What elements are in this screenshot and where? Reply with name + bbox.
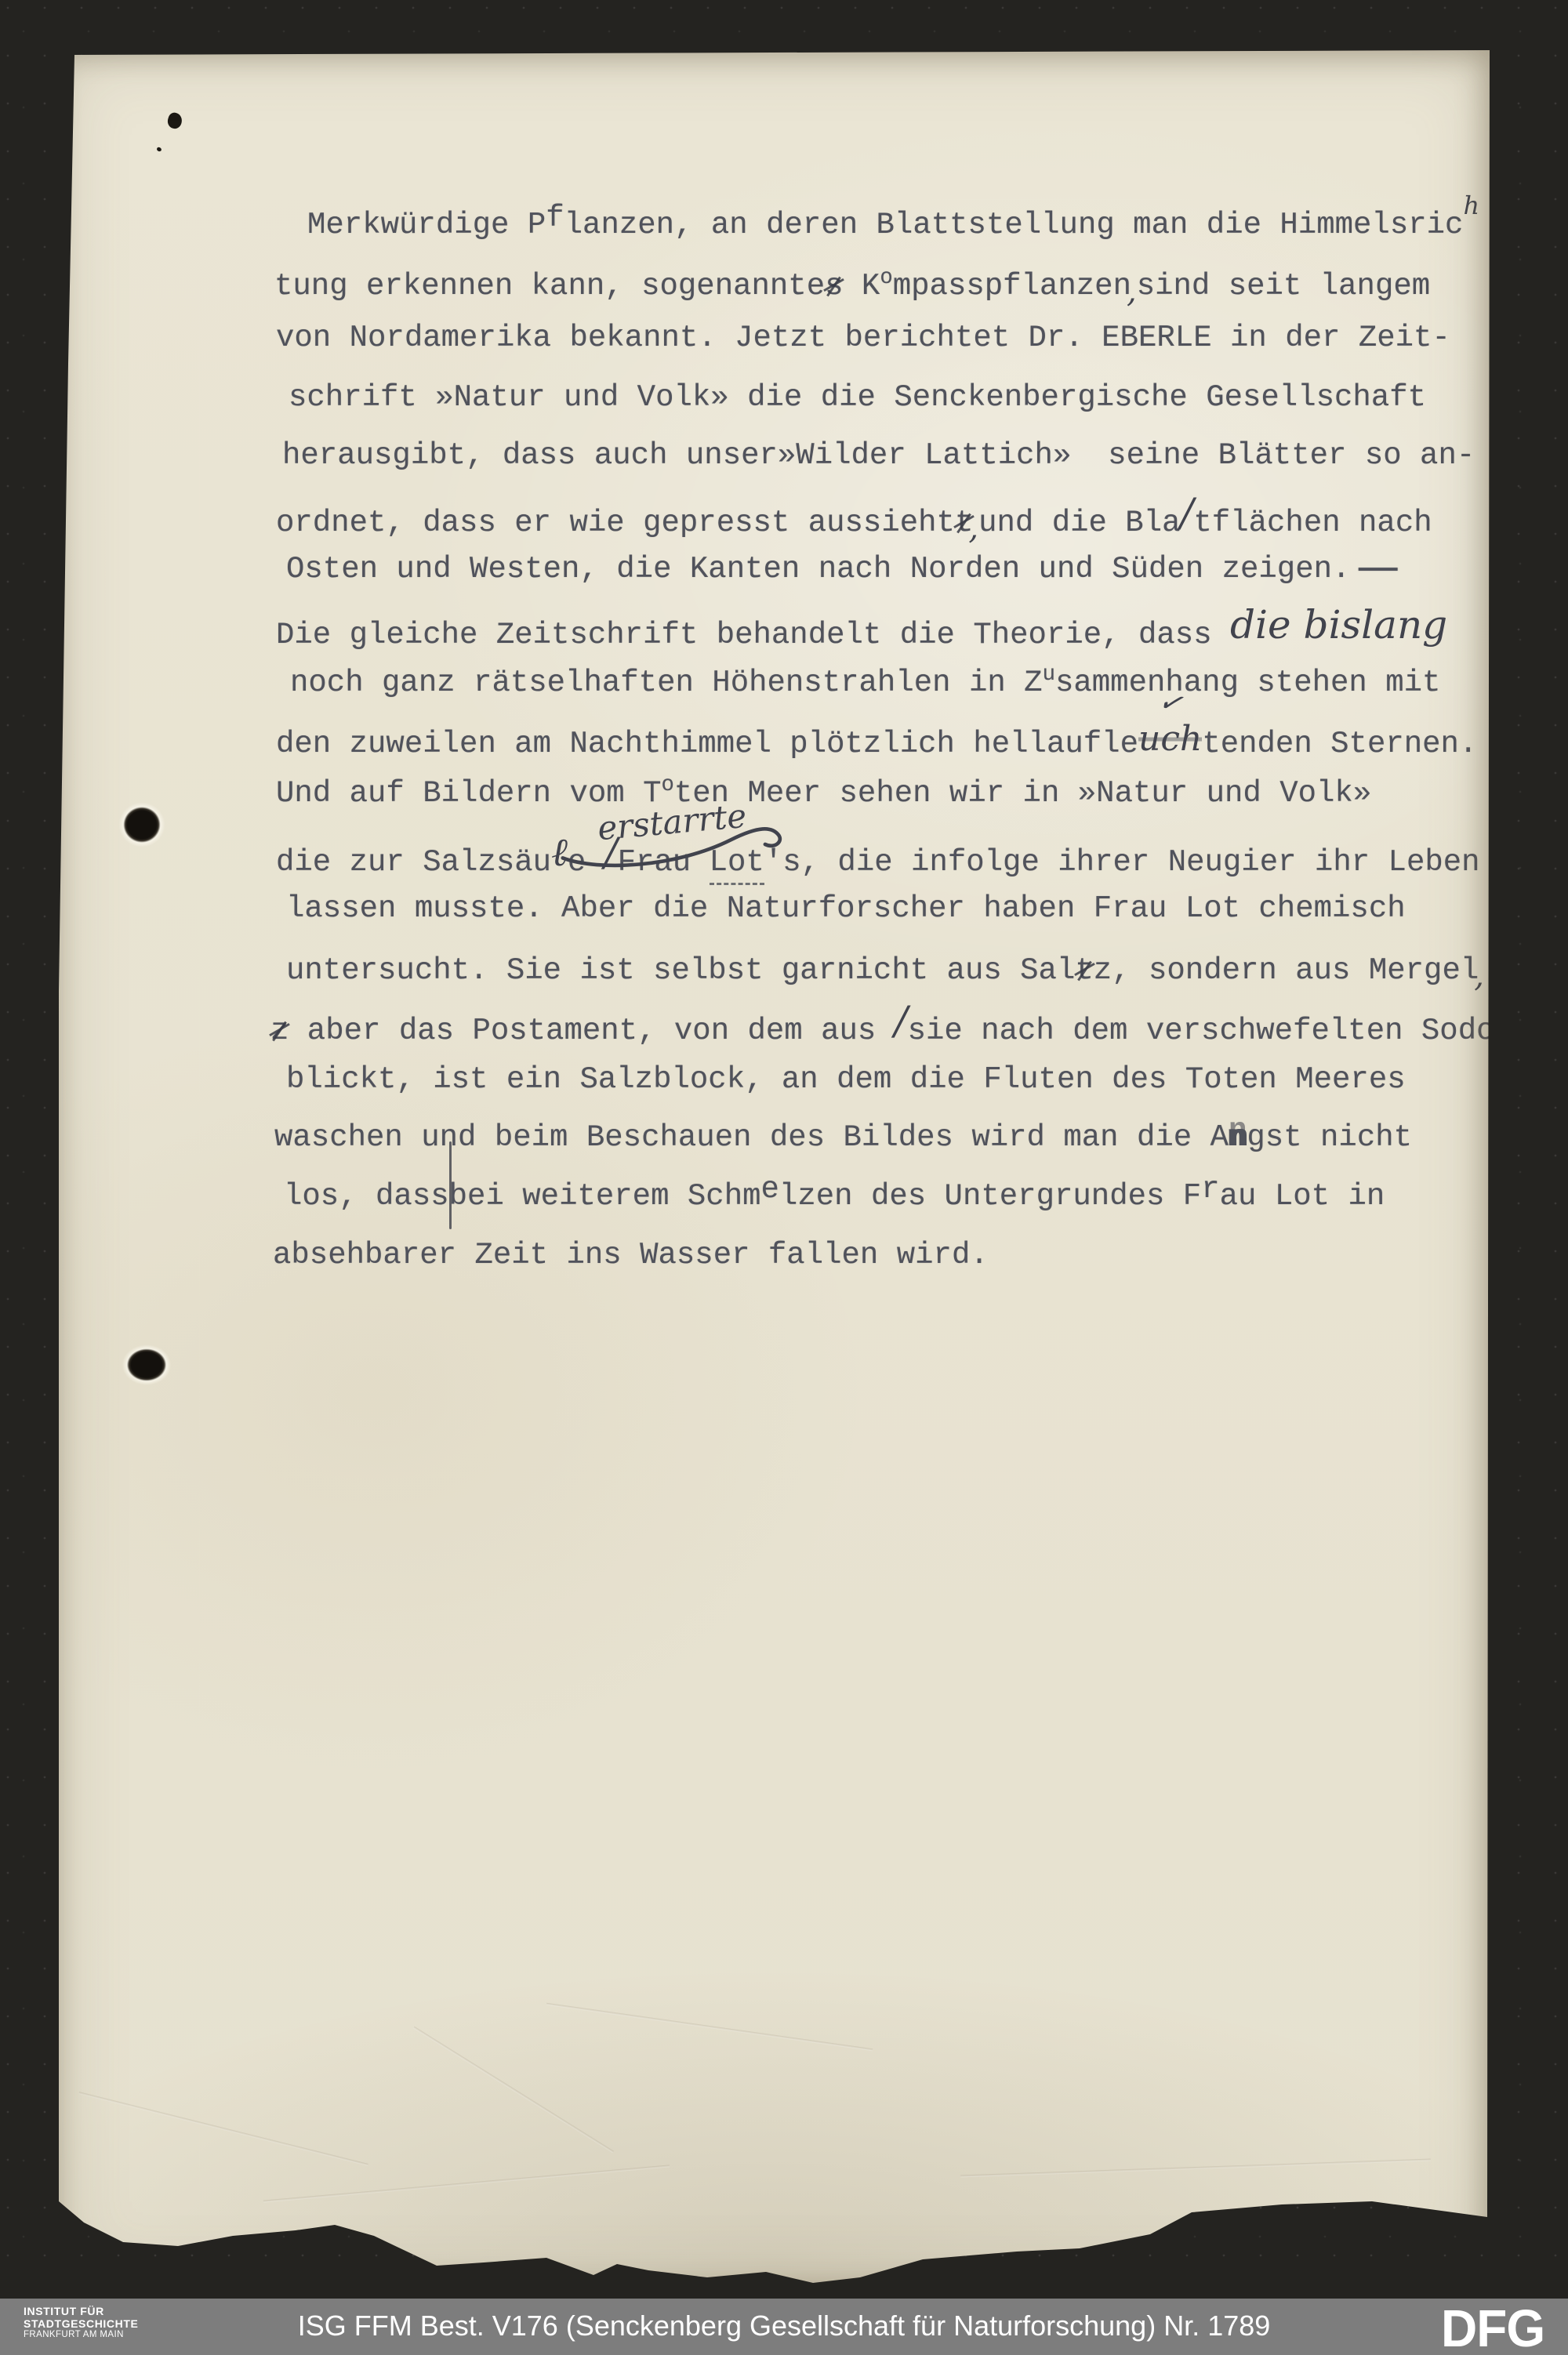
typed-segment-hw: ∕ [1181, 490, 1194, 535]
paper-crease [263, 2164, 670, 2202]
typed-segment-raised: r [1201, 1172, 1219, 1207]
ink-speck [156, 147, 162, 152]
typed-segment-hwlow: , [1127, 274, 1137, 310]
typed-segment-hwsup: ´ [1495, 996, 1508, 1026]
typed-line: untersucht. Sie ist selbst garnicht aus … [286, 953, 1484, 986]
typed-line: ordnet, dass er wie gepresst aussiehtt,u… [276, 498, 1432, 539]
typed-segment-strike: t [1075, 956, 1093, 986]
typed-segment-t: Osten und Westen, die Kanten nach Norden… [286, 552, 1369, 586]
typed-line: Merkwürdige Pflanzen, an deren Blattstel… [307, 210, 1479, 241]
typed-line: herausgibt, dass auch unser»Wilder Latti… [282, 441, 1475, 471]
typed-segment-raised: f [546, 201, 564, 235]
typed-segment-t: schrift »Natur und Volk» die die Sencken… [289, 380, 1426, 415]
typed-line: lassen musste. Aber die Naturforscher ha… [286, 894, 1406, 924]
paper-crease [78, 2092, 368, 2166]
paper-crease [546, 2003, 873, 2051]
typed-line: von Nordamerika bekannt. Jetzt berichtet… [276, 323, 1450, 354]
insertion-stroke [449, 1141, 452, 1229]
typed-line: Und auf Bildern vom Toten Meer sehen wir… [276, 778, 1371, 809]
punch-hole [117, 800, 167, 849]
typed-segment-t: tung erkennen kann, sogenannte [274, 269, 825, 303]
typed-segment-t: 's, die infolge ihrer Neugier ihr Leben [764, 845, 1480, 880]
punch-hole [120, 1343, 173, 1387]
dfg-logo: DFG [1441, 2298, 1544, 2355]
typed-segment-t: bei weiterem Schm [449, 1179, 761, 1214]
typed-segment-t: tenden Sternen. [1202, 727, 1477, 761]
typed-line: Die gleiche Zeitschrift behandelt die Th… [276, 610, 1447, 651]
typed-segment-t: los, dass [284, 1179, 449, 1214]
typed-segment-t: sind seit langem [1137, 269, 1430, 303]
typed-segment-t: Die gleiche Zeitschrift behandelt die Th… [276, 618, 1230, 652]
typed-line: Osten und Westen, die Kanten nach Norden… [286, 554, 1387, 585]
typed-segment-t: den zuweilen am Nachthimmel plötzlich he… [276, 727, 1138, 761]
typed-segment-t: Merkwürdige P [307, 208, 546, 242]
typed-segment-t: ordnet, dass er wie gepresst aussieht [276, 506, 955, 540]
typed-segment-strike: s [825, 271, 843, 302]
handwritten-swoosh [558, 815, 786, 873]
typed-segment-t: noch ganz rätselhaften Höhenstrahlen in … [290, 666, 1043, 700]
typed-segment-t: lanzen, an deren Blattstellung man die H… [564, 208, 1464, 242]
scanned-document-page: Merkwürdige Pflanzen, an deren Blattstel… [59, 50, 1490, 2286]
typed-segment-t: Und auf Bildern vom T [276, 776, 661, 811]
typed-segment-sup: o [880, 266, 892, 290]
typed-segment-t: tflächen nach [1193, 506, 1432, 540]
typed-segment-hwsup: h [1463, 191, 1479, 220]
ink-spot [165, 111, 183, 131]
typed-line: waschen und beim Beschauen des Bildes wi… [274, 1123, 1412, 1153]
typed-segment-t: untersucht. Sie ist selbst garnicht aus … [286, 953, 1075, 988]
typed-segment-hwlow: , [1474, 958, 1484, 994]
typed-segment-t: sammenhang stehen mit [1055, 666, 1440, 700]
typed-segment-hw: ∕ [895, 998, 908, 1043]
typed-segment-t: sie nach dem verschwefelten Sodo [908, 1014, 1495, 1048]
typed-line: tung erkennen kann, sogenanntes Kompassp… [274, 268, 1430, 302]
typed-segment-sup: u [1043, 662, 1055, 687]
typed-line: den zuweilen am Nachthimmel plötzlich he… [276, 724, 1477, 760]
typed-segment-dash: — [1359, 554, 1397, 585]
typed-segment-hwover: uch [1138, 719, 1202, 759]
typed-segment-t: au Lot in [1220, 1179, 1385, 1214]
typed-segment-strike: z [270, 1016, 289, 1047]
typed-segment-hw: die bislang [1230, 602, 1447, 648]
typed-line: noch ganz rätselhaften Höhenstrahlen in … [290, 668, 1440, 699]
typed-line: blickt, ist ein Salzblock, an dem die Fl… [286, 1065, 1406, 1095]
typed-segment-t: lzen des Untergrundes F [779, 1179, 1201, 1214]
typed-line: schrift »Natur und Volk» die die Sencken… [289, 383, 1426, 413]
typed-segment-t: ten Meer sehen wir in »Natur und Volk» [674, 776, 1371, 811]
typed-segment-t: waschen und beim Beschauen des Bildes wi… [274, 1120, 1229, 1155]
typed-segment-t: von Nordamerika bekannt. Jetzt berichtet… [276, 321, 1450, 355]
typed-segment-t: lassen musste. Aber die Naturforscher ha… [286, 891, 1406, 926]
typed-segment-t: gst nicht [1247, 1120, 1412, 1155]
typed-segment-t: aber das Postament, von dem aus [289, 1014, 894, 1048]
paper-crease [413, 2027, 614, 2154]
archive-reference: ISG FFM Best. V176 (Senckenberg Gesellsc… [0, 2310, 1568, 2342]
typed-segment-t: herausgibt, dass auch unser»Wilder Latti… [282, 438, 1475, 473]
typed-line: absehbarer Zeit ins Wasser fallen wird. [273, 1240, 989, 1271]
typed-segment-hwlow: , [968, 510, 978, 546]
paper-crease [960, 2159, 1431, 2178]
typed-segment-t: und die Bla [978, 506, 1180, 540]
typed-segment-over: n [1229, 1120, 1247, 1155]
typed-segment-sup: o [661, 773, 673, 797]
typed-line: die zur Salzsäuℓe ∕Frau Lot's, die infol… [276, 837, 1480, 878]
typed-segment-t: mpasspflanzen [893, 269, 1131, 303]
typed-segment-t: die zur Salzsäu [276, 845, 551, 880]
typed-segment-t: absehbarer Zeit ins Wasser fallen wird. [273, 1238, 989, 1272]
typed-segment-t: blickt, ist ein Salzblock, an dem die Fl… [286, 1062, 1406, 1097]
typed-line: z aber das Postament, von dem aus ∕sie n… [270, 1006, 1508, 1047]
typed-segment-raised: e [761, 1172, 779, 1207]
archive-footer-bar: INSTITUT FÜR STADTGESCHICHTE FRANKFURT A… [0, 2299, 1568, 2355]
typed-segment-t: K [844, 269, 880, 303]
typed-segment-t: z, sondern aus Mergel [1094, 953, 1479, 988]
